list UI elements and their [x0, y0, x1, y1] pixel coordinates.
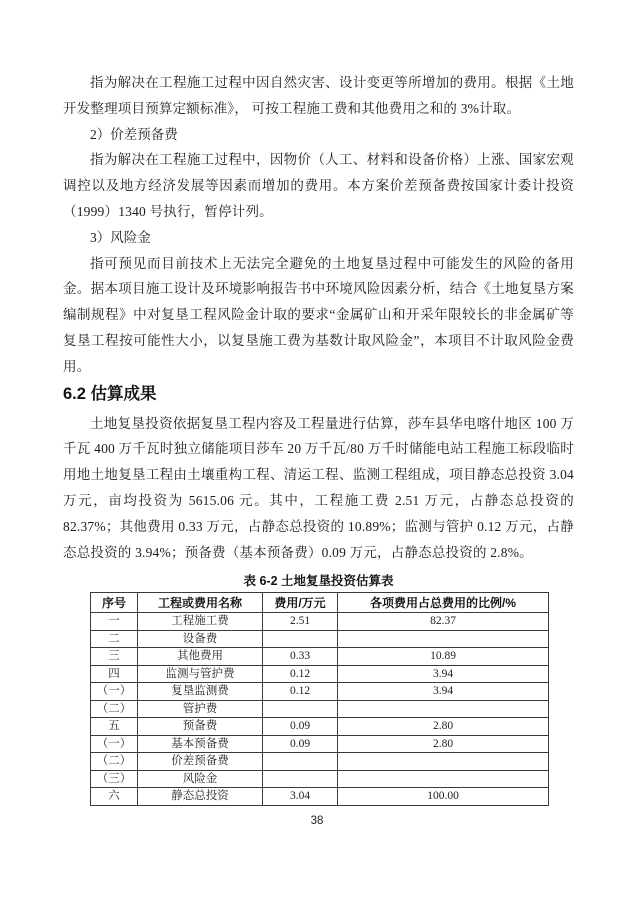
table-header-row: 序号 工程或费用名称 费用/万元 各项费用占总费用的比例/% [91, 593, 549, 613]
table-cell: 2.80 [338, 735, 549, 753]
table-row: 三其他费用0.3310.89 [91, 648, 549, 666]
table-cell [263, 770, 338, 788]
table-cell [263, 700, 338, 718]
table-cell [338, 770, 549, 788]
table-cell [338, 700, 549, 718]
table-cell: 0.12 [263, 683, 338, 701]
table-cell: 3.04 [263, 788, 338, 806]
table-cell: 管护费 [138, 700, 263, 718]
table-cell: 2.80 [338, 718, 549, 736]
table-cell: 其他费用 [138, 648, 263, 666]
table-cell: 预备费 [138, 718, 263, 736]
table-row: 二设备费 [91, 630, 549, 648]
document-page: 指为解决在工程施工过程中因自然灾害、设计变更等所增加的费用。根据《土地开发整理项… [0, 0, 634, 898]
table-row: 五预备费0.092.80 [91, 718, 549, 736]
table-cell: 五 [91, 718, 138, 736]
table-cell: 基本预备费 [138, 735, 263, 753]
table-cell: 3.94 [338, 665, 549, 683]
table-cell: 二 [91, 630, 138, 648]
table-cell: （二） [91, 753, 138, 771]
table-cell [338, 630, 549, 648]
table-cell: 四 [91, 665, 138, 683]
table-row: （二）价差预备费 [91, 753, 549, 771]
paragraph-risk-fund: 指可预见而目前技术上无法完全避免的土地复垦过程中可能发生的风险的备用金。据本项目… [63, 251, 574, 380]
table-cell: （三） [91, 770, 138, 788]
column-header-index: 序号 [91, 593, 138, 613]
table-cell: 复垦监测费 [138, 683, 263, 701]
table-caption: 表 6-2 土地复垦投资估算表 [63, 571, 574, 589]
table-cell: 一 [91, 613, 138, 631]
investment-estimate-table: 序号 工程或费用名称 费用/万元 各项费用占总费用的比例/% 一工程施工费2.5… [90, 592, 549, 806]
table-cell: （一） [91, 683, 138, 701]
table-row: （三）风险金 [91, 770, 549, 788]
table-cell: 0.09 [263, 718, 338, 736]
table-cell: 静态总投资 [138, 788, 263, 806]
table-cell: （一） [91, 735, 138, 753]
table-cell: 2.51 [263, 613, 338, 631]
list-item-price-diff-reserve-heading: 2）价差预备费 [63, 122, 574, 148]
table-cell: 风险金 [138, 770, 263, 788]
table-cell: 10.89 [338, 648, 549, 666]
column-header-cost: 费用/万元 [263, 593, 338, 613]
table-cell: 3.94 [338, 683, 549, 701]
column-header-percentage: 各项费用占总费用的比例/% [338, 593, 549, 613]
table-cell: 设备费 [138, 630, 263, 648]
table-cell: 82.37 [338, 613, 549, 631]
paragraph-price-diff-reserve: 指为解决在工程施工过程中，因物价（人工、材料和设备价格）上涨、国家宏观调控以及地… [63, 147, 574, 224]
paragraph-basic-reserve: 指为解决在工程施工过程中因自然灾害、设计变更等所增加的费用。根据《土地开发整理项… [63, 70, 574, 122]
table-row: （二）管护费 [91, 700, 549, 718]
table-row: （一）复垦监测费0.123.94 [91, 683, 549, 701]
table-cell: 工程施工费 [138, 613, 263, 631]
table-cell: 六 [91, 788, 138, 806]
table-cell: 0.09 [263, 735, 338, 753]
section-heading-6-2: 6.2 估算成果 [63, 383, 574, 405]
table-row: （一）基本预备费0.092.80 [91, 735, 549, 753]
table-cell: 监测与管护费 [138, 665, 263, 683]
table-row: 四监测与管护费0.123.94 [91, 665, 549, 683]
paragraph-estimate-result: 土地复垦投资依据复垦工程内容及工程量进行估算，莎车县华电喀什地区 100 万千瓦… [63, 411, 574, 566]
table-cell: 价差预备费 [138, 753, 263, 771]
table-cell [263, 753, 338, 771]
table-cell: 100.00 [338, 788, 549, 806]
table-cell [338, 753, 549, 771]
list-item-risk-fund-heading: 3）风险金 [63, 225, 574, 251]
page-number: 38 [0, 815, 634, 827]
column-header-item-name: 工程或费用名称 [138, 593, 263, 613]
table-cell: 0.12 [263, 665, 338, 683]
table-cell: 0.33 [263, 648, 338, 666]
table-cell: 三 [91, 648, 138, 666]
table-cell [263, 630, 338, 648]
table-row: 一工程施工费2.5182.37 [91, 613, 549, 631]
table-row: 六静态总投资3.04100.00 [91, 788, 549, 806]
table-body: 一工程施工费2.5182.37二设备费三其他费用0.3310.89四监测与管护费… [91, 613, 549, 806]
table-cell: （二） [91, 700, 138, 718]
